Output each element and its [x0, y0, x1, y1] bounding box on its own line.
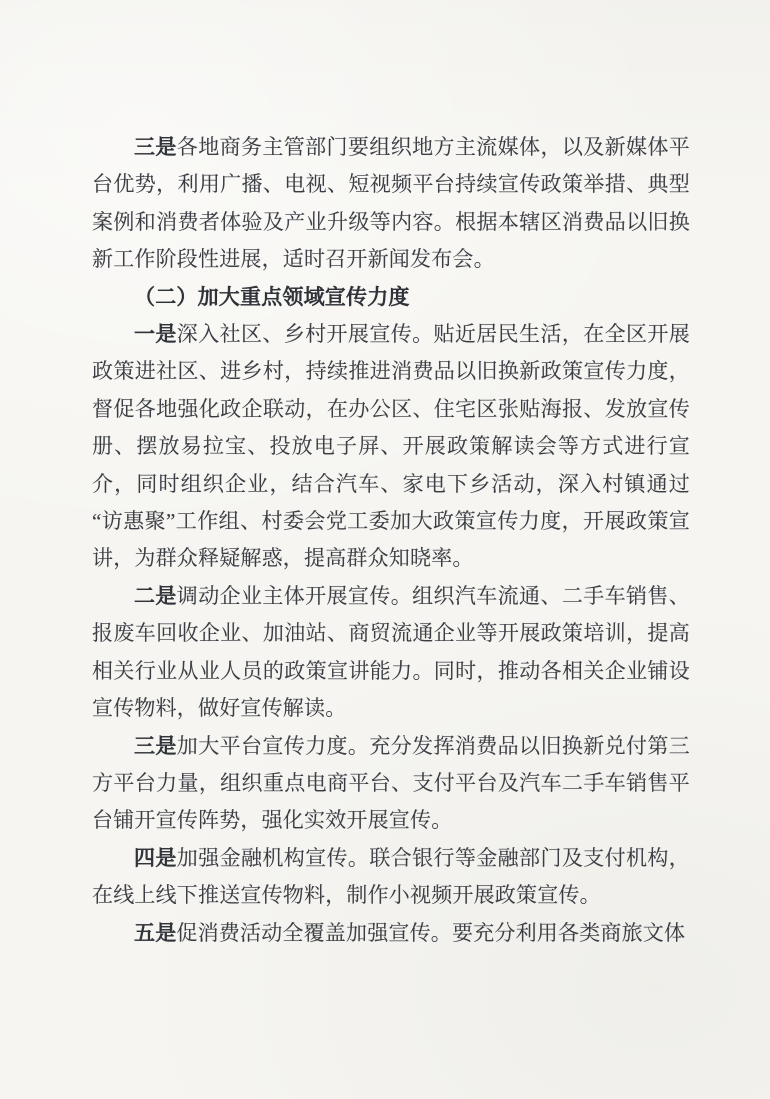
paragraph: 四是加强金融机构宣传。联合银行等金融部门及支付机构，在线上线下推送宣传物料，制作…	[92, 840, 690, 915]
paragraph-text: 深入社区、乡村开展宣传。贴近居民生活，在全区开展政策进社区、进乡村，持续推进消费…	[92, 322, 690, 570]
paragraph-text: 促消费活动全覆盖加强宣传。要充分利用各类商旅文体	[176, 921, 685, 945]
section-heading: （二）加大重点领域宣传力度	[92, 279, 690, 316]
paragraph: 一是深入社区、乡村开展宣传。贴近居民生活，在全区开展政策进社区、进乡村，持续推进…	[92, 316, 690, 578]
paragraph-lead: 四是	[134, 846, 177, 870]
paragraph-text: 调动企业主体开展宣传。组织汽车流通、二手车销售、报废车回收企业、加油站、商贸流通…	[92, 584, 690, 720]
paragraph-lead: 一是	[134, 322, 177, 346]
paragraph: 五是促消费活动全覆盖加强宣传。要充分利用各类商旅文体	[92, 915, 690, 952]
paragraph-lead: 三是	[134, 734, 177, 758]
paragraph-lead: 三是	[134, 135, 177, 159]
paragraph-text: 加强金融机构宣传。联合银行等金融部门及支付机构，在线上线下推送宣传物料，制作小视…	[92, 846, 690, 907]
paragraph-lead: 二是	[134, 584, 177, 608]
paragraph-text: 各地商务主管部门要组织地方主流媒体，以及新媒体平台优势，利用广播、电视、短视频平…	[92, 135, 690, 271]
paragraph-lead: 五是	[134, 921, 176, 945]
paragraph: 二是调动企业主体开展宣传。组织汽车流通、二手车销售、报废车回收企业、加油站、商贸…	[92, 578, 690, 728]
paragraph: 三是加大平台宣传力度。充分发挥消费品以旧换新兑付第三方平台力量，组织重点电商平台…	[92, 728, 690, 840]
section-heading-text: （二）加大重点领域宣传力度	[134, 285, 410, 309]
paragraph: 三是各地商务主管部门要组织地方主流媒体，以及新媒体平台优势，利用广播、电视、短视…	[92, 129, 690, 279]
document-page: 三是各地商务主管部门要组织地方主流媒体，以及新媒体平台优势，利用广播、电视、短视…	[0, 0, 770, 1099]
document-text-block: 三是各地商务主管部门要组织地方主流媒体，以及新媒体平台优势，利用广播、电视、短视…	[92, 129, 690, 952]
paragraph-text: 加大平台宣传力度。充分发挥消费品以旧换新兑付第三方平台力量，组织重点电商平台、支…	[92, 734, 690, 833]
